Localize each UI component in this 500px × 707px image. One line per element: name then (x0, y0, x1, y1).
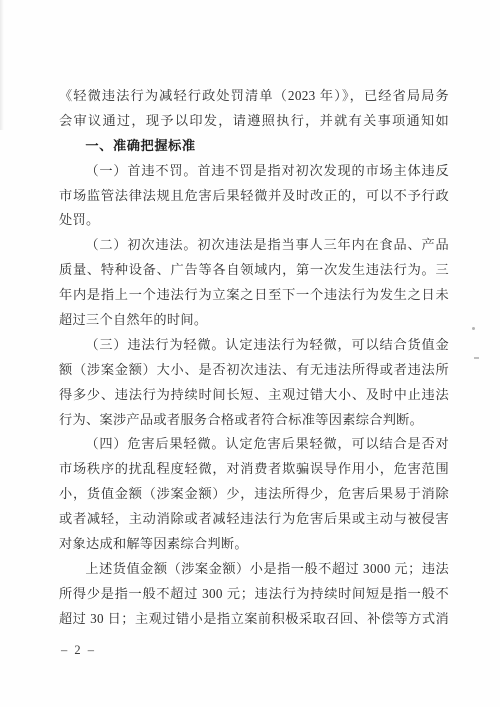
doc-text-line: 对象达成和解等因素综合判断。 (59, 532, 449, 557)
doc-text-line: （三）违法行为轻微。认定违法行为轻微，可以结合货值金 (59, 333, 449, 358)
scan-speck (474, 357, 479, 359)
scanned-document-page: 《轻微违法行为减轻行政处罚清单（2023 年）》，已经省局局务 会审议通过，现予… (0, 0, 500, 707)
doc-text-line: 处罚。 (59, 208, 449, 233)
doc-text-line: 得多少、违法行为持续时间长短、主观过错大小、及时中止违法 (59, 383, 449, 408)
doc-text-line: 市场监管法律法规且危害后果轻微并及时改正的，可以不予行政 (59, 184, 449, 209)
doc-text-line: 市场秩序的扰乱程度轻微，对消费者欺骗误导作用小，危害范围 (59, 457, 449, 482)
doc-text-line: 行为、案涉产品或者服务合格或者符合标准等因素综合判断。 (59, 408, 449, 433)
doc-text-line: 小，货值金额（涉案金额）少，违法所得少，危害后果易于消除 (59, 482, 449, 507)
doc-text-line: （二）初次违法。初次违法是指当事人三年内在食品、产品 (59, 233, 449, 258)
doc-text-line: 上述货值金额（涉案金额）小是指一般不超过 3000 元；违法 (59, 557, 449, 582)
doc-text-line: （一）首违不罚。首违不罚是指对初次发现的市场主体违反 (59, 159, 449, 184)
document-body: 《轻微违法行为减轻行政处罚清单（2023 年）》，已经省局局务 会审议通过，现予… (59, 84, 449, 632)
doc-text-line: 年内是指上一个违法行为立案之日至下一个违法行为发生之日未 (59, 283, 449, 308)
scan-speck (443, 465, 445, 471)
doc-text-line: 或者减轻，主动消除或者减轻违法行为危害后果或主动与被侵害 (59, 507, 449, 532)
scan-edge-artifact (0, 0, 4, 130)
doc-text-line: （四）危害后果轻微。认定危害后果轻微，可以结合是否对 (59, 432, 449, 457)
doc-text-line: 会审议通过，现予以印发，请遵照执行，并就有关事项通知如下。 (59, 109, 449, 134)
page-number: – 2 – (61, 643, 96, 658)
doc-text-line: 超过 30 日；主观过错小是指立案前积极采取召回、补偿等方式消 (59, 607, 449, 632)
section-heading: 一、准确把握标准 (59, 134, 449, 159)
doc-text-line: 所得少是指一般不超过 300 元；违法行为持续时间短是指一般不 (59, 582, 449, 607)
doc-text-line: 超过三个自然年的时间。 (59, 308, 449, 333)
doc-text-line: 额（涉案金额）大小、是否初次违法、有无违法所得或者违法所 (59, 358, 449, 383)
doc-text-line: 《轻微违法行为减轻行政处罚清单（2023 年）》，已经省局局务 (59, 84, 449, 109)
doc-text-line: 质量、特种设备、广告等各自领域内，第一次发生违法行为。三 (59, 258, 449, 283)
scan-speck (472, 327, 475, 330)
